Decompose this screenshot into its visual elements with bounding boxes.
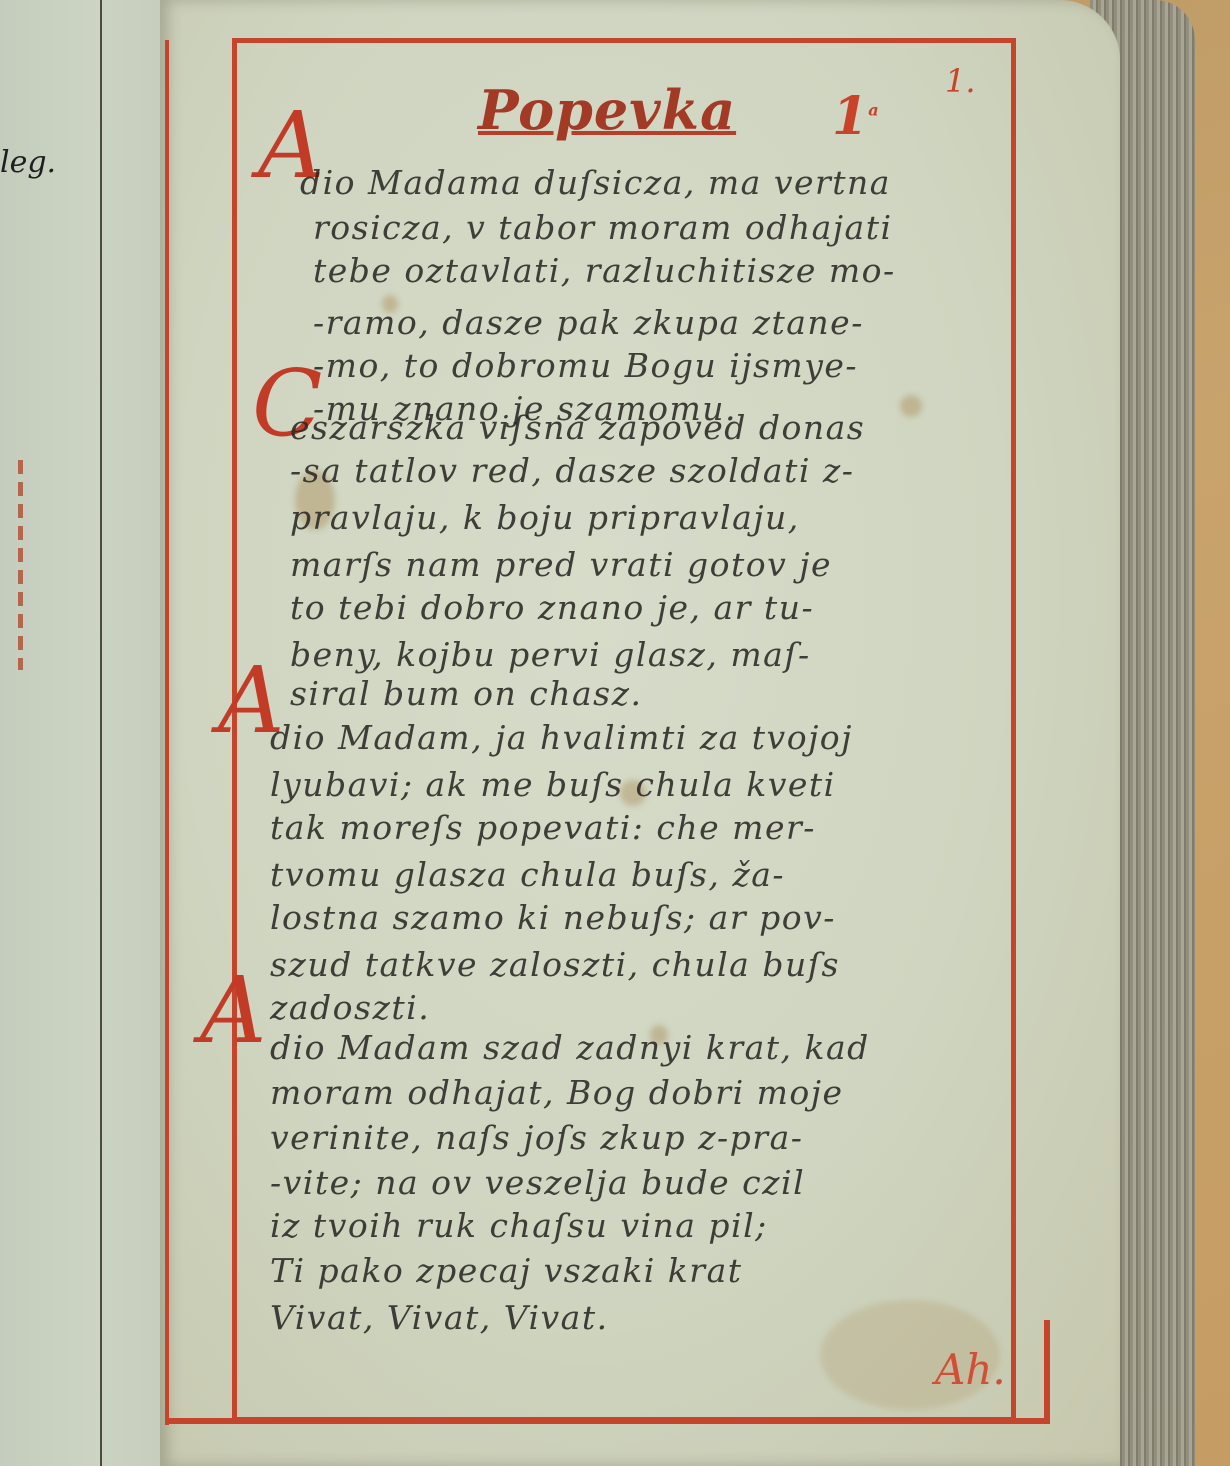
stanza-3: dio Madam, ja hvalimti za tvojoj lyubavi… [270,710,853,1035]
left-page: leg. [0,0,175,1466]
left-page-text-fragment: leg. [0,145,56,180]
page-title: Popevka [478,78,736,142]
red-initial-letter: A [200,965,266,1057]
catchword: Ah. [935,1345,1006,1394]
title-number-value: 1 [832,86,868,147]
title-number: 1a [832,86,879,147]
red-frame-bottom [165,1418,1050,1424]
left-page-red-rule [18,460,23,670]
text-line: Vivat, Vivat, Vivat. [270,1290,870,1345]
stanza-2: eszarszka viſsna zapoved donas -sa tatlo… [290,400,865,721]
text-line: tebe oztavlati, razluchitisze mo- [313,243,896,298]
red-frame-outer-left [165,40,169,1425]
title-number-suffix: a [868,101,878,120]
stanza-4: dio Madam szad zadnyi krat, kad moram od… [270,1020,870,1345]
page-number: 1. [945,62,976,100]
red-frame-corner [1044,1320,1050,1424]
